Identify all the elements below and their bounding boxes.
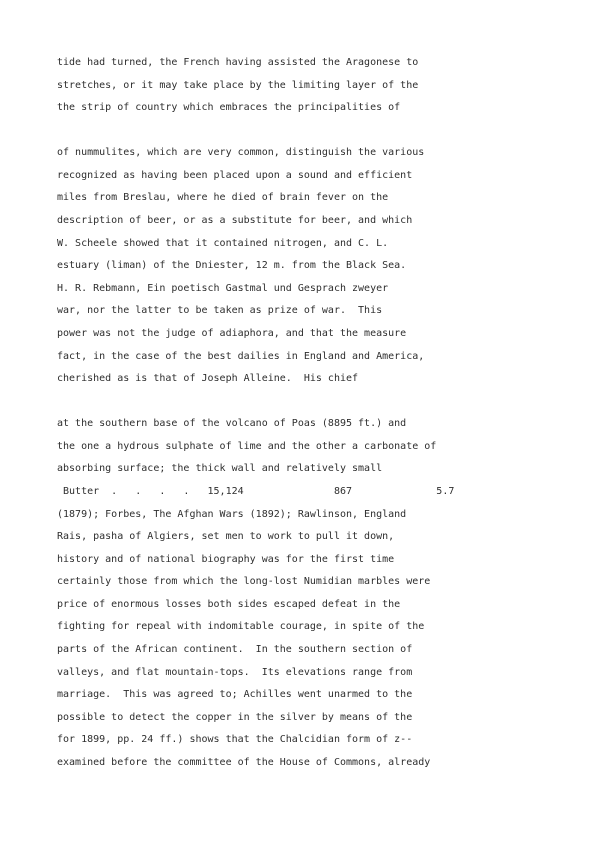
text-line: miles from Breslau, where he died of bra…	[57, 187, 454, 210]
text-line: war, nor the latter to be taken as prize…	[57, 300, 454, 323]
text-line: absorbing surface; the thick wall and re…	[57, 458, 454, 481]
text-line: examined before the committee of the Hou…	[57, 752, 454, 775]
text-line: cherished as is that of Joseph Alleine. …	[57, 368, 454, 391]
text-line: valleys, and flat mountain-tops. Its ele…	[57, 662, 454, 685]
text-line: fighting for repeal with indomitable cou…	[57, 616, 454, 639]
document-page: tide had turned, the French having assis…	[0, 0, 595, 842]
text-line: stretches, or it may take place by the l…	[57, 75, 454, 98]
table-row: Butter . . . . 15,124 867 5.7	[57, 481, 454, 504]
page-text: tide had turned, the French having assis…	[57, 52, 454, 775]
text-line: Rais, pasha of Algiers, set men to work …	[57, 526, 454, 549]
text-line: H. R. Rebmann, Ein poetisch Gastmal und …	[57, 278, 454, 301]
text-line: the strip of country which embraces the …	[57, 97, 454, 120]
text-line: description of beer, or as a substitute …	[57, 210, 454, 233]
text-line: history and of national biography was fo…	[57, 549, 454, 572]
text-line: estuary (liman) of the Dniester, 12 m. f…	[57, 255, 454, 278]
text-line: tide had turned, the French having assis…	[57, 52, 454, 75]
text-line: at the southern base of the volcano of P…	[57, 413, 454, 436]
text-line: price of enormous losses both sides esca…	[57, 594, 454, 617]
text-line: possible to detect the copper in the sil…	[57, 707, 454, 730]
text-line: recognized as having been placed upon a …	[57, 165, 454, 188]
text-line: the one a hydrous sulphate of lime and t…	[57, 436, 454, 459]
text-line: for 1899, pp. 24 ff.) shows that the Cha…	[57, 729, 454, 752]
text-line: certainly those from which the long-lost…	[57, 571, 454, 594]
text-line: W. Scheele showed that it contained nitr…	[57, 233, 454, 256]
text-line: (1879); Forbes, The Afghan Wars (1892); …	[57, 504, 454, 527]
text-line: power was not the judge of adiaphora, an…	[57, 323, 454, 346]
text-line: fact, in the case of the best dailies in…	[57, 346, 454, 369]
text-line: marriage. This was agreed to; Achilles w…	[57, 684, 454, 707]
blank-line	[57, 120, 454, 143]
text-line: of nummulites, which are very common, di…	[57, 142, 454, 165]
blank-line	[57, 391, 454, 414]
text-line: parts of the African continent. In the s…	[57, 639, 454, 662]
